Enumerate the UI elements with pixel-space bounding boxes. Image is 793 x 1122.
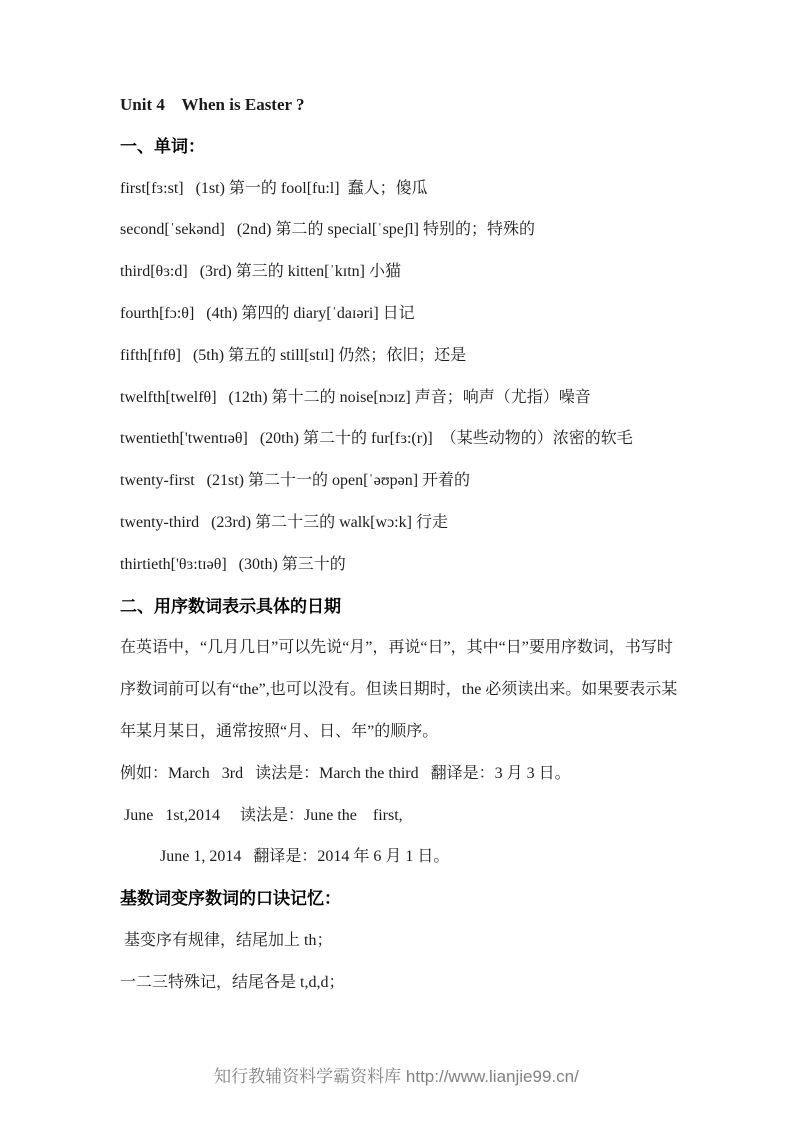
example-line: June 1, 2014 翻译是：2014 年 6 月 1 日。 <box>120 836 693 878</box>
mnemonic-line: 基变序有规律，结尾加上 th； <box>120 920 693 962</box>
example-line: 例如：March 3rd 读法是：March the third 翻译是：3 月… <box>120 753 693 795</box>
vocab-entry: first[fɜ:st] (1st) 第一的 fool[fu:l] 蠢人；傻瓜 <box>120 168 693 210</box>
footer-watermark: 知行教辅资料学霸资料库 http://www.lianjie99.cn/ <box>0 1062 793 1092</box>
vocab-entry: twenty-third (23rd) 第二十三的 walk[wɔ:k] 行走 <box>120 502 693 544</box>
paragraph-line: 在英语中，“几月几日”可以先说“月”，再说“日”，其中“日”要用序数词，书写时 <box>120 627 693 669</box>
vocab-entry: twentieth['twentɪəθ] (20th) 第二十的 fur[fɜ:… <box>120 418 693 460</box>
mnemonic-heading: 基数词变序数词的口诀记忆： <box>120 878 693 920</box>
paragraph-line: 序数词前可以有“the”,也可以没有。但读日期时，the 必须读出来。如果要表示… <box>120 669 693 711</box>
vocab-entry: third[θɜ:d] (3rd) 第三的 kitten[ˈkɪtn] 小猫 <box>120 251 693 293</box>
paragraph-line: 年某月某日，通常按照“月、日、年”的顺序。 <box>120 711 693 753</box>
document-page: Unit 4 When is Easter ? 一、单词： first[fɜ:s… <box>120 84 693 1004</box>
section-dates-heading: 二、用序数词表示具体的日期 <box>120 586 693 628</box>
vocab-entry: thirtieth['θɜ:tɪəθ] (30th) 第三十的 <box>120 544 693 586</box>
vocab-entry: second[ˈsekənd] (2nd) 第二的 special[ˈspeʃl… <box>120 209 693 251</box>
vocab-entry: fifth[fɪfθ] (5th) 第五的 still[stɪl] 仍然；依旧；… <box>120 335 693 377</box>
vocab-entry: twelfth[twelfθ] (12th) 第十二的 noise[nɔɪz] … <box>120 377 693 419</box>
document-title: Unit 4 When is Easter ? <box>120 84 693 126</box>
section-words-heading: 一、单词： <box>120 126 693 168</box>
example-line: June 1st,2014 读法是：June the first, <box>120 795 693 837</box>
mnemonic-line: 一二三特殊记，结尾各是 t,d,d； <box>120 962 693 1004</box>
vocab-entry: fourth[fɔ:θ] (4th) 第四的 diary[ˈdaɪəri] 日记 <box>120 293 693 335</box>
vocab-entry: twenty-first (21st) 第二十一的 open[ˈəʊpən] 开… <box>120 460 693 502</box>
